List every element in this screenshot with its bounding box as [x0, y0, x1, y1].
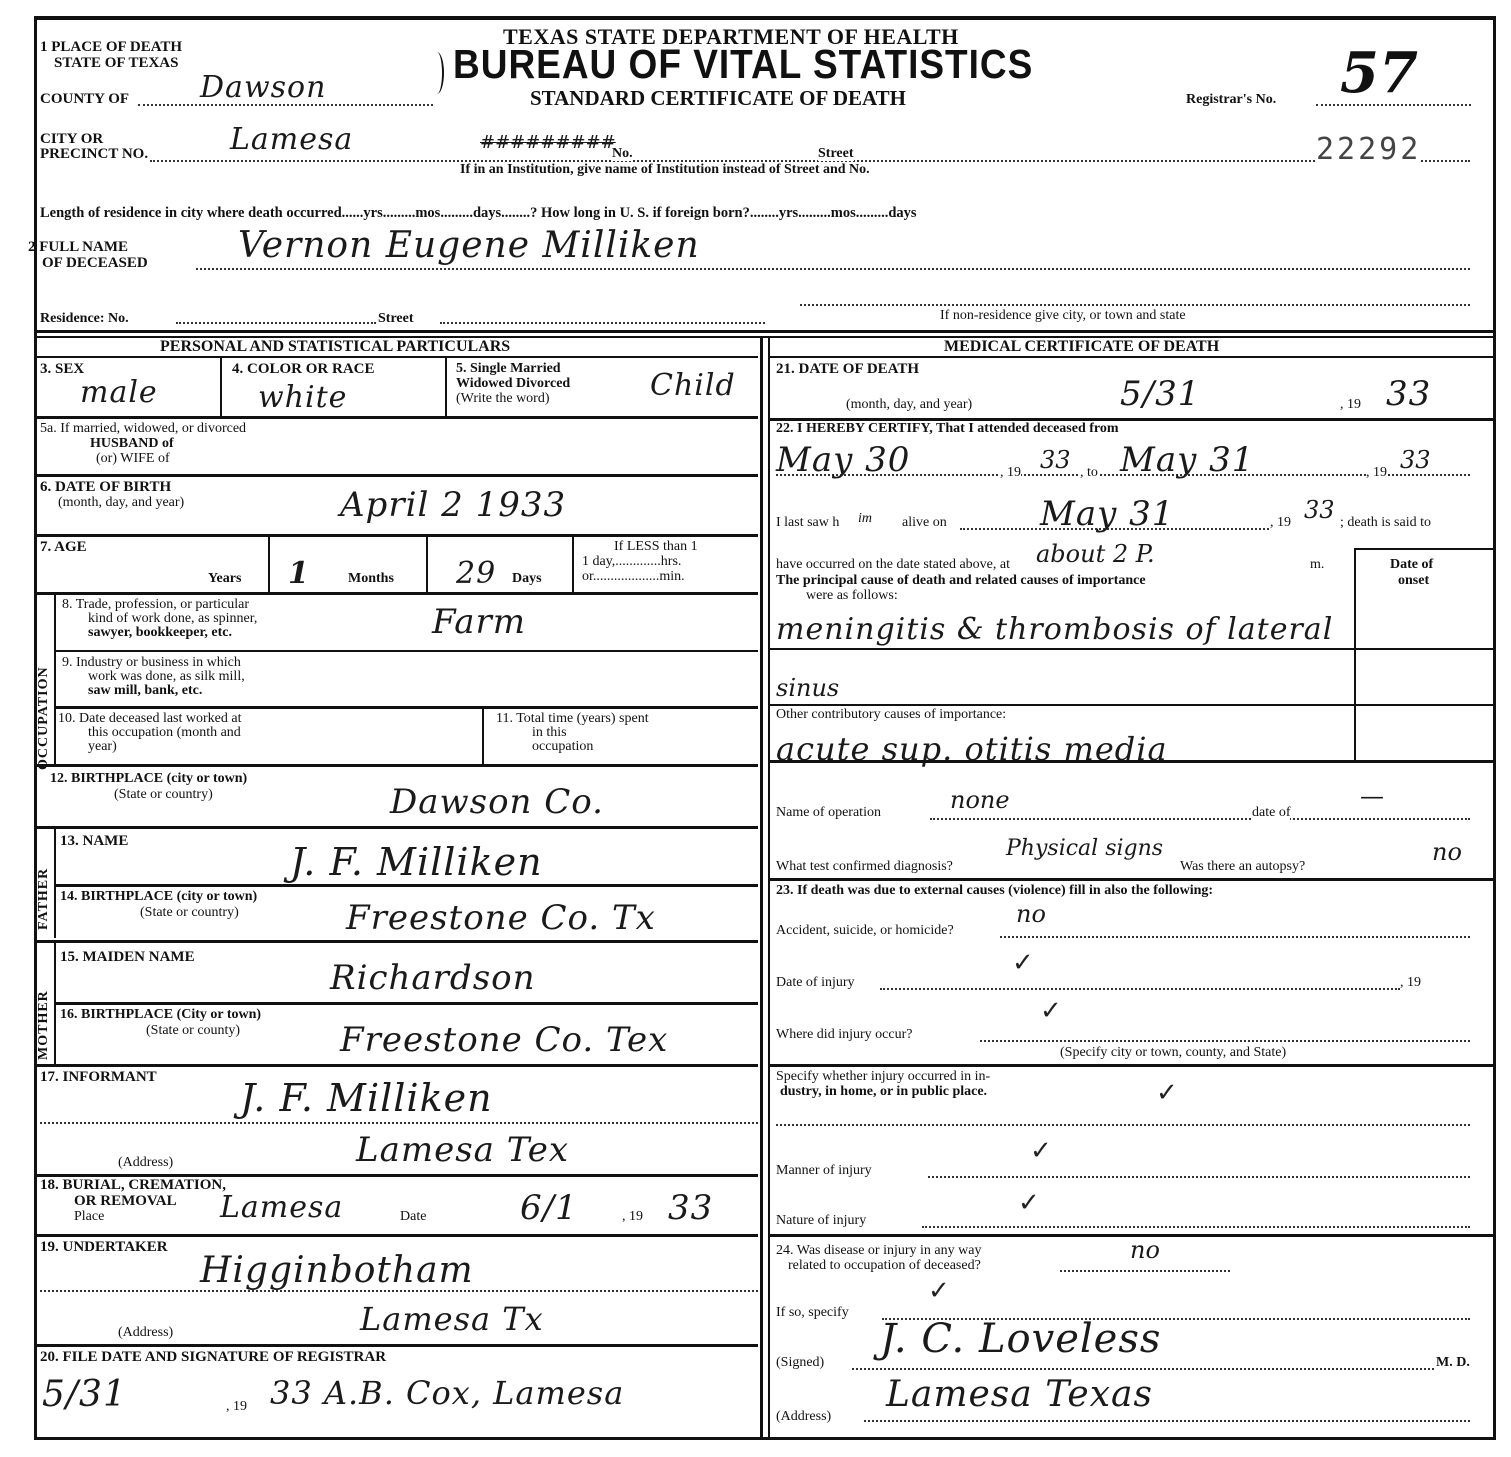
cause-label-2: were as follows: — [806, 589, 898, 603]
filing-year-prefix: , 19 — [226, 1400, 247, 1414]
dob-value: April 2 1933 — [340, 485, 566, 525]
years-label: Years — [208, 572, 241, 586]
burial-label-1: 18. BURIAL, CREMATION, — [40, 1178, 226, 1193]
check-icon: ✓ — [928, 1276, 950, 1306]
certify-label: 22. I HEREBY CERTIFY, That I attended de… — [776, 422, 1119, 436]
medical-section-title: MEDICAL CERTIFICATE OF DEATH — [944, 338, 1219, 356]
accident-value: no — [1016, 900, 1046, 928]
informant-label: 17. INFORMANT — [40, 1070, 157, 1085]
test-label: What test confirmed diagnosis? — [776, 860, 953, 874]
mother-bp-label-1: 16. BIRTHPLACE (City or town) — [60, 1008, 261, 1022]
undertaker-label: 19. UNDERTAKER — [40, 1240, 168, 1255]
filing-signature: 33 A.B. Cox, Lamesa — [270, 1374, 624, 1412]
deceased-name: Vernon Eugene Milliken — [238, 225, 700, 266]
lastworked-label-1: 10. Date deceased last worked at — [58, 712, 241, 726]
total-label-2: in this — [532, 726, 567, 740]
state-label: STATE OF TEXAS — [54, 56, 178, 71]
residence-length: Length of residence in city where death … — [40, 206, 917, 220]
residence-no-label: Residence: No. — [40, 312, 129, 326]
death-time: about 2 P. — [1036, 540, 1155, 568]
mother-bp-label-2: (State or county) — [146, 1024, 240, 1038]
occurred-label: have occurred on the date stated above, … — [776, 558, 1010, 572]
cause-label-1: The principal cause of death and related… — [776, 574, 1146, 588]
industry-label-2: work was done, as silk mill, — [88, 670, 245, 684]
sex-value: male — [80, 375, 158, 410]
father-side-label: FATHER — [36, 868, 52, 930]
dod-value: 5/31 — [1120, 374, 1200, 414]
dod-year: 33 — [1386, 374, 1431, 414]
industry-label-3: saw mill, bank, etc. — [88, 684, 202, 698]
mother-side-label: MOTHER — [36, 990, 52, 1060]
operation-label: Name of operation — [776, 806, 881, 820]
from-year-prefix: , 19 — [1000, 466, 1021, 480]
occ-related-label-1: 24. Was disease or injury in any way — [776, 1244, 981, 1258]
nonres-note: If non-residence give city, or town and … — [940, 309, 1186, 323]
md-label: M. D. — [1436, 1356, 1470, 1370]
struck-text: ######### — [480, 132, 616, 153]
days-value: 29 — [456, 556, 496, 591]
birthplace-value: Dawson Co. — [390, 782, 604, 822]
spouse-label-1: 5a. If married, widowed, or divorced — [40, 422, 246, 436]
physician-signature: J. C. Loveless — [880, 1316, 1161, 1362]
opdate-label: date of — [1252, 806, 1290, 820]
manner-label: Manner of injury — [776, 1164, 872, 1178]
alive-label: alive on — [902, 516, 947, 530]
to-year-prefix: , 19 — [1366, 466, 1387, 480]
burial-label-3: Place — [74, 1210, 104, 1224]
filing-date: 5/31 — [42, 1374, 127, 1415]
check-icon: ✓ — [1012, 948, 1034, 978]
city-value: Lamesa — [230, 122, 353, 157]
undertaker-name: Higginbotham — [200, 1250, 474, 1291]
lastworked-label-2: this occupation (month and — [88, 726, 241, 740]
sex-label: 3. SEX — [40, 362, 84, 377]
industry-label-1: 9. Industry or business in which — [62, 656, 241, 670]
to-year: 33 — [1400, 446, 1431, 474]
opdate-value: — — [1360, 782, 1384, 810]
alive-date: May 31 — [1040, 494, 1174, 534]
burial-year: 33 — [668, 1188, 713, 1228]
where-note: (Specify city or town, county, and State… — [1060, 1046, 1286, 1060]
days-label: Days — [512, 572, 542, 586]
onset-label-2: onset — [1398, 574, 1429, 588]
lastworked-label-3: year) — [88, 740, 117, 754]
marital-label-2: Widowed Divorced — [456, 377, 570, 391]
bracket — [430, 52, 444, 94]
total-label-3: occupation — [532, 740, 593, 754]
county-value: Dawson — [200, 70, 326, 105]
birthplace-label-1: 12. BIRTHPLACE (city or town) — [50, 772, 247, 786]
father-bp-label-2: (State or country) — [140, 906, 239, 920]
occupation-side-label: OCCUPATION — [36, 666, 52, 770]
father-birthplace: Freestone Co. Tx — [346, 898, 656, 938]
less-label-1: If LESS than 1 — [614, 540, 698, 554]
trade-label-2: kind of work done, as spinner, — [88, 612, 257, 626]
marital-value: Child — [650, 368, 736, 403]
dob-label-1: 6. DATE OF BIRTH — [40, 480, 171, 495]
marital-label-1: 5. Single Married — [456, 362, 561, 376]
check-icon: ✓ — [1018, 1188, 1040, 1218]
signed-label: (Signed) — [776, 1356, 824, 1370]
less-label-3: or...................min. — [582, 570, 685, 584]
specify-label-2: dustry, in home, or in public place. — [780, 1085, 987, 1099]
operation-value: none — [950, 786, 1010, 814]
autopsy-value: no — [1432, 838, 1462, 866]
mother-name: Richardson — [330, 958, 536, 998]
dod-label-2: (month, day, and year) — [846, 398, 972, 412]
months-value: 1 — [288, 556, 310, 591]
alive-year: 33 — [1304, 496, 1335, 524]
filing-label: 20. FILE DATE AND SIGNATURE OF REGISTRAR — [40, 1350, 386, 1365]
spouse-label-3: (or) WIFE of — [96, 452, 170, 466]
physician-address-label: (Address) — [776, 1410, 831, 1424]
check-icon: ✓ — [1030, 1136, 1052, 1166]
where-label: Where did injury occur? — [776, 1028, 912, 1042]
burial-place: Lamesa — [220, 1190, 343, 1225]
county-label: COUNTY OF — [40, 92, 129, 107]
residence-street-label: Street — [378, 312, 414, 326]
age-label: 7. AGE — [40, 540, 87, 555]
undertaker-address-label: (Address) — [118, 1326, 173, 1340]
dod-year-prefix: , 19 — [1340, 398, 1361, 412]
father-name: J. F. Milliken — [290, 840, 543, 884]
burial-label-2: OR REMOVAL — [74, 1194, 177, 1209]
cause-secondary: sinus — [776, 674, 839, 702]
lastsaw-label: I last saw h — [776, 516, 839, 530]
attend-from-date: May 30 — [776, 440, 910, 480]
injury-date-label: Date of injury — [776, 976, 855, 990]
dob-label-2: (month, day, and year) — [58, 496, 184, 510]
informant-name: J. F. Milliken — [240, 1076, 493, 1120]
alive-year-prefix: , 19 — [1270, 516, 1291, 530]
death-said: ; death is said to — [1340, 516, 1431, 530]
check-icon: ✓ — [1156, 1078, 1178, 1108]
test-value: Physical signs — [1006, 836, 1163, 861]
trade-label-3: sawyer, bookkeeper, etc. — [88, 626, 232, 640]
dod-label-1: 21. DATE OF DEATH — [776, 362, 919, 377]
external-label: 23. If death was due to external causes … — [776, 884, 1213, 898]
autopsy-label: Was there an autopsy? — [1180, 860, 1305, 874]
check-icon: ✓ — [1040, 996, 1062, 1026]
less-label-2: 1 day,.............hrs. — [582, 555, 681, 569]
onset-label-1: Date of — [1390, 558, 1433, 572]
street-label: Street — [818, 147, 854, 161]
accident-label: Accident, suicide, or homicide? — [776, 924, 954, 938]
mother-name-label: 15. MAIDEN NAME — [60, 950, 195, 965]
father-bp-label-1: 14. BIRTHPLACE (city or town) — [60, 890, 257, 904]
total-label-1: 11. Total time (years) spent — [496, 712, 649, 726]
physician-address: Lamesa Texas — [886, 1374, 1153, 1415]
ifso-label: If so, specify — [776, 1306, 849, 1320]
m-label: m. — [1310, 558, 1324, 572]
race-label: 4. COLOR OR RACE — [232, 362, 375, 377]
bureau-title: BUREAU OF VITAL STATISTICS — [453, 42, 1033, 88]
occ-related-value: no — [1130, 1236, 1160, 1264]
spouse-label-2: HUSBAND of — [90, 437, 174, 451]
attend-to-date: May 31 — [1120, 440, 1254, 480]
deceased-label: OF DECEASED — [42, 256, 148, 271]
nature-label: Nature of injury — [776, 1214, 866, 1228]
father-name-label: 13. NAME — [60, 834, 128, 849]
trade-value: Farm — [432, 602, 526, 642]
race-value: white — [258, 380, 347, 415]
from-year: 33 — [1040, 446, 1071, 474]
injury-year-label: , 19 — [1400, 976, 1421, 990]
months-label: Months — [348, 572, 394, 586]
undertaker-address: Lamesa Tx — [360, 1300, 544, 1338]
other-causes-label: Other contributory causes of importance: — [776, 708, 1006, 722]
full-name-label: 2 FULL NAME — [28, 240, 128, 255]
burial-date-label: Date — [400, 1210, 426, 1224]
certificate-title: STANDARD CERTIFICATE OF DEATH — [530, 86, 906, 111]
specify-label-1: Specify whether injury occurred in in- — [776, 1070, 990, 1084]
precinct-label: PRECINCT NO. — [40, 147, 148, 162]
stamp-number: 22292 — [1316, 132, 1421, 167]
mother-birthplace: Freestone Co. Tex — [340, 1020, 668, 1060]
cause-primary: meningitis & thrombosis of lateral — [776, 612, 1333, 647]
lastsaw-pronoun: im — [858, 512, 872, 526]
trade-label-1: 8. Trade, profession, or particular — [62, 598, 249, 612]
marital-label-3: (Write the word) — [456, 392, 550, 406]
personal-section-title: PERSONAL AND STATISTICAL PARTICULARS — [160, 338, 510, 356]
registrar-number: 57 — [1340, 40, 1418, 106]
occ-related-label-2: related to occupation of deceased? — [788, 1259, 981, 1273]
burial-year-prefix: , 19 — [622, 1210, 643, 1224]
city-label: CITY OR — [40, 132, 103, 147]
place-of-death-label: 1 PLACE OF DEATH — [40, 40, 182, 55]
to-label: , to — [1080, 466, 1098, 480]
institution-note: If in an Institution, give name of Insti… — [460, 163, 870, 177]
birthplace-label-2: (State or country) — [114, 788, 213, 802]
informant-address-label: (Address) — [118, 1156, 173, 1170]
informant-address: Lamesa Tex — [356, 1130, 569, 1170]
burial-date: 6/1 — [520, 1188, 578, 1228]
registrar-label: Registrar's No. — [1186, 92, 1276, 107]
no-label: No. — [612, 147, 633, 161]
